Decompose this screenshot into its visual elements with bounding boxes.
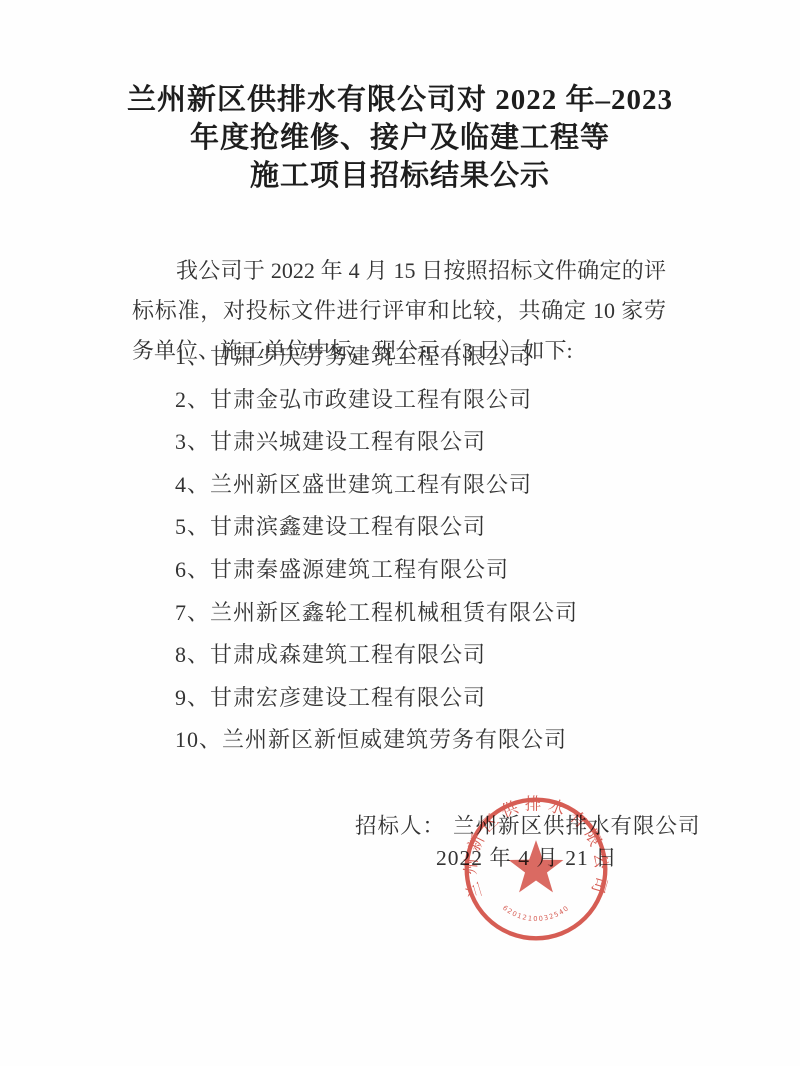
list-item: 4、兰州新区盛世建筑工程有限公司 <box>175 464 720 507</box>
title-line-2: 年度抢维修、接户及临建工程等 <box>0 119 800 157</box>
list-item: 9、甘肃宏彦建设工程有限公司 <box>175 677 720 720</box>
list-item: 10、兰州新区新恒威建筑劳务有限公司 <box>175 719 720 762</box>
list-item: 7、兰州新区鑫轮工程机械租赁有限公司 <box>175 592 720 635</box>
seal-number-arc-text: 6201210032540 <box>501 904 571 923</box>
list-item: 2、甘肃金弘市政建设工程有限公司 <box>175 379 720 422</box>
list-item: 6、甘肃秦盛源建筑工程有限公司 <box>175 549 720 592</box>
list-item: 8、甘肃成森建筑工程有限公司 <box>175 634 720 677</box>
title-line-1: 兰州新区供排水有限公司对 2022 年–2023 <box>0 81 800 119</box>
signature-block: 招标人：兰州新区供排水有限公司 <box>355 811 701 841</box>
bidder-company-name: 兰州新区供排水有限公司 <box>453 814 701 838</box>
page-title: 兰州新区供排水有限公司对 2022 年–2023 年度抢维修、接户及临建工程等 … <box>0 81 800 195</box>
list-item: 3、甘肃兴城建设工程有限公司 <box>175 421 720 464</box>
list-item: 1、甘肃少庆劳务建筑工程有限公司 <box>175 336 720 379</box>
bidder-signature-line: 招标人：兰州新区供排水有限公司 <box>355 811 701 841</box>
list-item: 5、甘肃滨鑫建设工程有限公司 <box>175 506 720 549</box>
signature-date: 2022 年 4 月 21 日 <box>436 843 618 873</box>
bidder-label: 招标人： <box>355 814 445 838</box>
winner-list: 1、甘肃少庆劳务建筑工程有限公司 2、甘肃金弘市政建设工程有限公司 3、甘肃兴城… <box>175 336 720 762</box>
announcement-document: 兰州新区供排水有限公司对 2022 年–2023 年度抢维修、接户及临建工程等 … <box>0 0 800 1066</box>
title-line-3: 施工项目招标结果公示 <box>0 157 800 195</box>
